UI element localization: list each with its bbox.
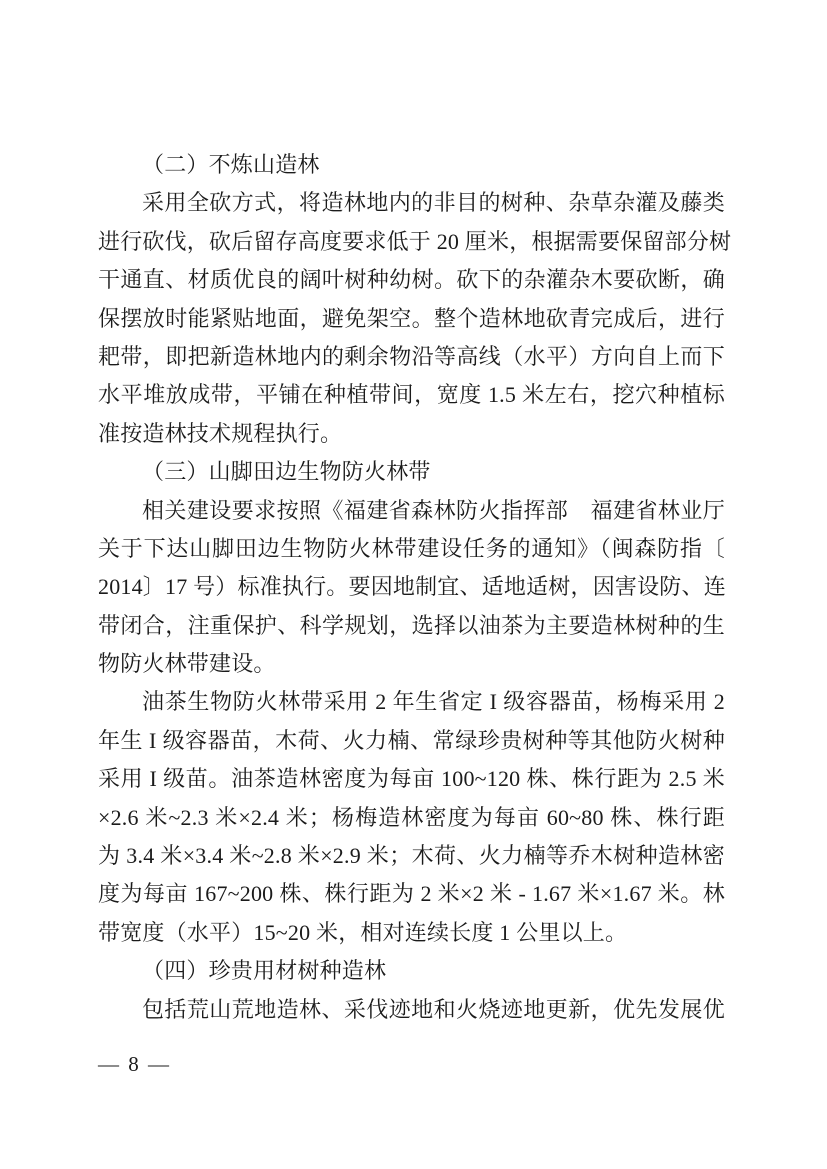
text-line: 为 3.4 米×3.4 米~2.8 米×2.9 米；木荷、火力楠等乔木树种造林密 (98, 837, 725, 875)
text-line: 进行砍伐，砍后留存高度要求低于 20 厘米，根据需要保留部分树 (98, 223, 725, 261)
text-line: 采用全砍方式，将造林地内的非目的树种、杂草杂灌及藤类 (98, 184, 725, 222)
section-heading-3: （三）山脚田边生物防火林带 (98, 453, 725, 491)
section-heading-2: （二）不炼山造林 (98, 146, 725, 184)
text-line: 度为每亩 167~200 株、株行距为 2 米×2 米 - 1.67 米×1.6… (98, 875, 725, 913)
text-line: 关于下达山脚田边生物防火林带建设任务的通知》（闽森防指〔 (98, 530, 725, 568)
text-line: 油茶生物防火林带采用 2 年生省定 I 级容器苗，杨梅采用 2 (98, 683, 725, 721)
section-heading-4: （四）珍贵用材树种造林 (98, 952, 725, 990)
document-page: { "doc": { "lines": [ "（二）不炼山造林", "采用全砍方… (0, 0, 827, 1169)
page: （二）不炼山造林 采用全砍方式，将造林地内的非目的树种、杂草杂灌及藤类 进行砍伐… (0, 0, 827, 1169)
document-body: （二）不炼山造林 采用全砍方式，将造林地内的非目的树种、杂草杂灌及藤类 进行砍伐… (98, 146, 725, 1029)
text-line: 包括荒山荒地造林、采伐迹地和火烧迹地更新，优先发展优 (98, 991, 725, 1029)
text-line: 物防火林带建设。 (98, 645, 725, 683)
text-line: 相关建设要求按照《福建省森林防火指挥部 福建省林业厅 (98, 492, 725, 530)
text-line: ×2.6 米~2.3 米×2.4 米；杨梅造林密度为每亩 60~80 株、株行距 (98, 799, 725, 837)
text-line: 2014〕17 号）标准执行。要因地制宜、适地适树，因害设防、连 (98, 568, 725, 606)
text-line: 干通直、材质优良的阔叶树种幼树。砍下的杂灌杂木要砍断，确 (98, 261, 725, 299)
text-line: 带闭合，注重保护、科学规划，选择以油茶为主要造林树种的生 (98, 607, 725, 645)
text-line: 年生 I 级容器苗，木荷、火力楠、常绿珍贵树种等其他防火树种 (98, 722, 725, 760)
text-line: 耙带，即把新造林地内的剩余物沿等高线（水平）方向自上而下 (98, 338, 725, 376)
text-line: 水平堆放成带，平铺在种植带间，宽度 1.5 米左右，挖穴种植标 (98, 376, 725, 414)
text-line: 保摆放时能紧贴地面，避免架空。整个造林地砍青完成后，进行 (98, 300, 725, 338)
page-number: — 8 — (98, 1052, 169, 1076)
text-line: 采用 I 级苗。油茶造林密度为每亩 100~120 株、株行距为 2.5 米 (98, 760, 725, 798)
text-line: 带宽度（水平）15~20 米，相对连续长度 1 公里以上。 (98, 914, 725, 952)
text-line: 准按造林技术规程执行。 (98, 415, 725, 453)
